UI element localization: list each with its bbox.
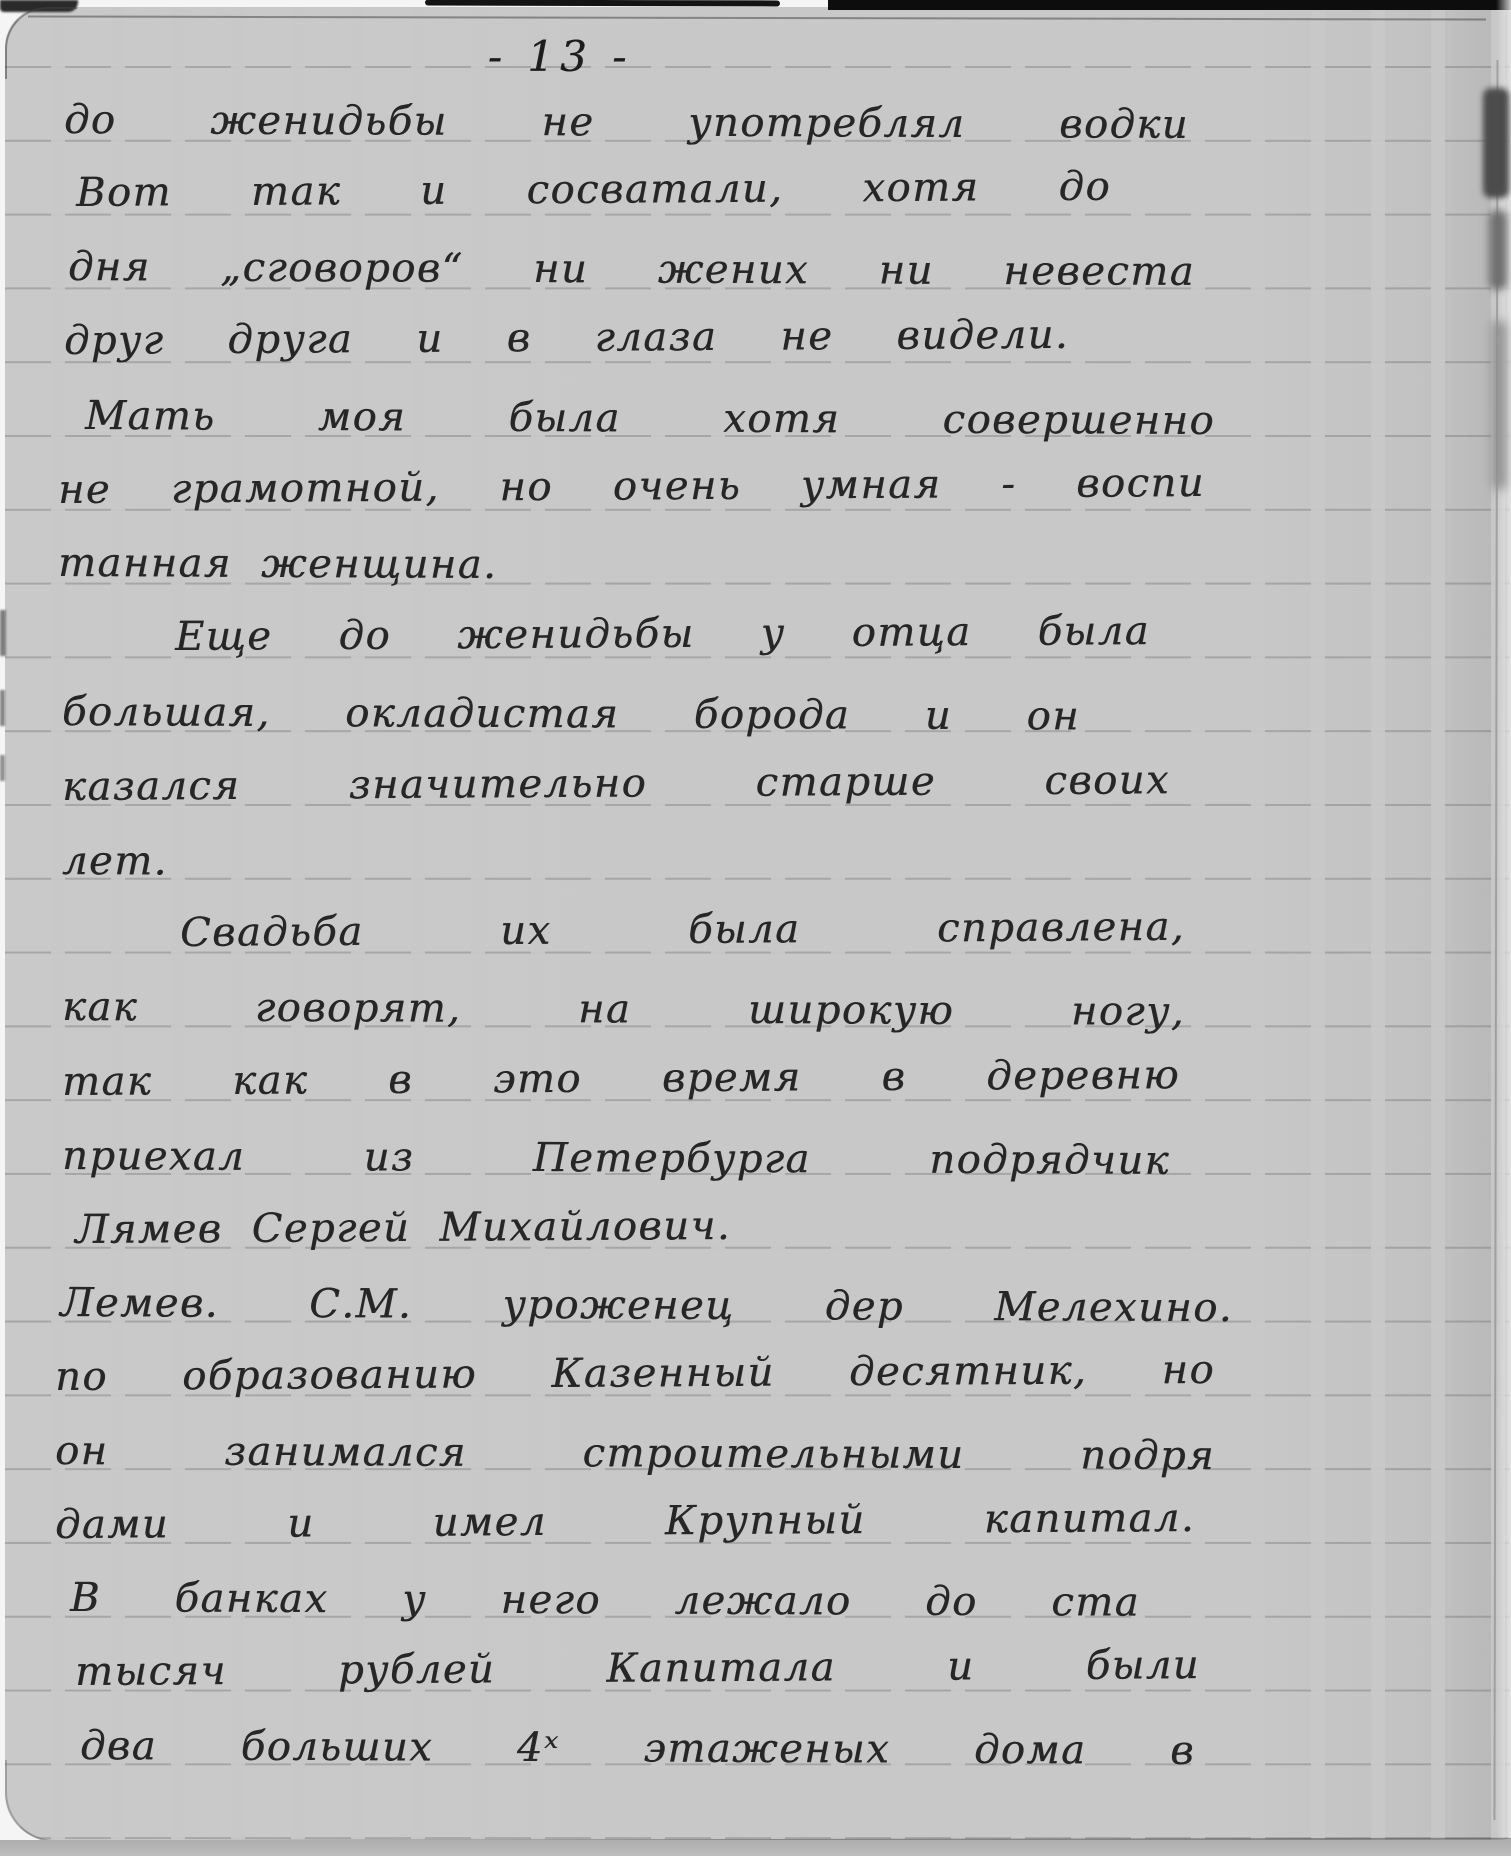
manuscript-line: дня „сговоров“ ни жених ни невеста (68, 232, 1195, 311)
manuscript-line: друг друга и в глаза не видели. (64, 300, 1069, 380)
manuscript-line: так как в это время в деревню (62, 1040, 1180, 1121)
manuscript-line: два больших 4ˣ этаженых дома в (80, 1711, 1195, 1790)
manuscript-line: большая, окладистая борода и он (62, 677, 1080, 755)
manuscript-line: Еще до женидьбы у отца была (175, 596, 1150, 676)
manuscript-line: не грамотной, но очень умная - воспи (58, 448, 1205, 529)
manuscript-line: тысяч рублей Капитала и были (75, 1630, 1200, 1711)
manuscript-scan: - 13 - до женидьбы не употреблял водки В… (0, 0, 1511, 1856)
manuscript-line: Лямев Сергей Михайлович. (75, 1189, 1010, 1269)
handwritten-text: - 13 - до женидьбы не употреблял водки В… (0, 0, 1511, 1856)
page-number: - 13 - (440, 32, 680, 81)
manuscript-line: приехал из Петербурга подрядчик (62, 1121, 1170, 1200)
manuscript-line: лет. (62, 826, 222, 901)
manuscript-line: по образованию Казенный десятник, но (55, 1335, 1215, 1416)
manuscript-line: Свадьба их была справлена, (180, 892, 1185, 972)
manuscript-line: казался значительно старше своих (62, 745, 1170, 826)
manuscript-line: дами и имел Крупный капитал. (55, 1483, 1195, 1564)
manuscript-line: танная женщина. (58, 528, 633, 605)
manuscript-line: В банках у него лежало до ста (70, 1563, 1140, 1642)
manuscript-line: как говорят, на широкую ногу, (62, 972, 1185, 1051)
manuscript-line: Вот так и сосватали, хотя до (76, 152, 1111, 232)
